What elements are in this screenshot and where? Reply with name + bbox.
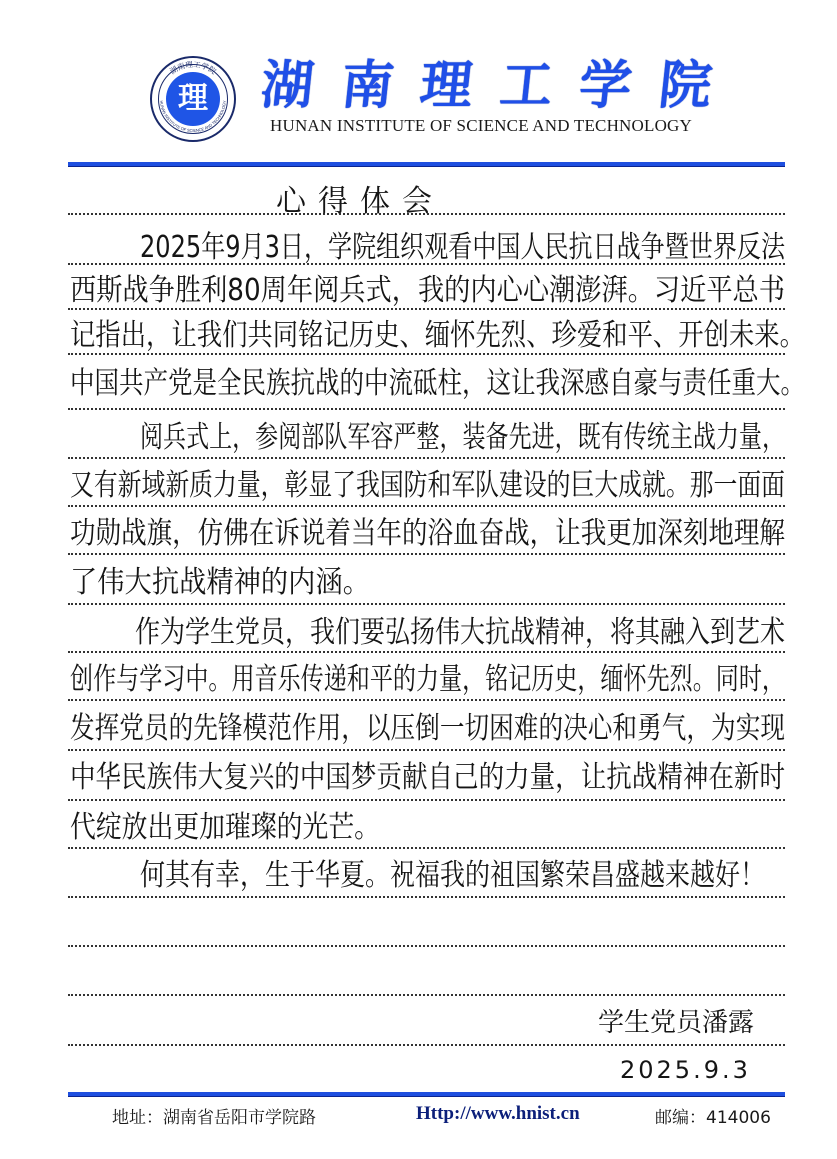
body-line: 记指出，让我们共同铭记历史、缅怀先烈、珍爱和平、开创未来。 xyxy=(70,316,785,356)
body-line-text: 记指出，让我们共同铭记历史、缅怀先烈、珍爱和平、开创未来。 xyxy=(70,316,805,356)
body-line: 代绽放出更加璀璨的光芒。 xyxy=(70,808,785,848)
body-line: 西斯战争胜利80周年阅兵式，我的内心心潮澎湃。习近平总书 xyxy=(70,271,785,311)
header-divider xyxy=(68,162,785,166)
footer-postcode: 邮编：414006 xyxy=(655,1103,771,1128)
body-line-text: 了伟大抗战精神的内涵。 xyxy=(70,563,370,603)
body-line: 2025年9月3日，学院组织观看中国人民抗日战争暨世界反法 xyxy=(140,228,785,268)
signature: 学生党员潘露 xyxy=(598,1002,754,1039)
ruled-line xyxy=(68,896,785,898)
body-line: 何其有幸，生于华夏。祝福我的祖国繁荣昌盛越来越好！ xyxy=(140,856,770,896)
footer-divider xyxy=(68,1092,785,1096)
body-line-text: 阅兵式上，参阅部队军容严整，装备先进，既有传统主战力量， xyxy=(140,418,785,458)
body-line: 作为学生党员，我们要弘扬伟大抗战精神，将其融入到艺术 xyxy=(135,613,785,653)
school-logo-icon: 湖南理工学院 HUNAN INSTITUTE OF SCIENCE AND TE… xyxy=(150,56,236,142)
logo-emblem: 理 xyxy=(166,72,220,126)
body-line: 功勋战旗，仿佛在诉说着当年的浴血奋战，让我更加深刻地理解 xyxy=(70,514,785,554)
body-line: 创作与学习中。用音乐传递和平的力量，铭记历史，缅怀先烈。同时， xyxy=(70,660,785,700)
school-name-char: 学 xyxy=(576,43,636,118)
school-name-char: 湖 xyxy=(258,43,318,118)
body-line-text: 中华民族伟大复兴的中国梦贡献自己的力量，让抗战精神在新时 xyxy=(70,758,785,798)
body-line-text: 代绽放出更加璀璨的光芒。 xyxy=(70,808,380,848)
body-line: 又有新域新质力量，彰显了我国防和军队建设的巨大成就。那一面面 xyxy=(70,466,785,506)
body-line-text: 又有新域新质力量，彰显了我国防和军队建设的巨大成就。那一面面 xyxy=(70,466,785,506)
ruled-line xyxy=(68,408,785,410)
footer-address: 地址：湖南省岳阳市学院路 xyxy=(112,1103,316,1128)
letterhead: 湖南理工学院 HUNAN INSTITUTE OF SCIENCE AND TE… xyxy=(0,0,837,160)
ruled-line xyxy=(68,994,785,996)
body-line-text: 发挥党员的先锋模范作用，以压倒一切困难的决心和勇气，为实现 xyxy=(70,709,785,749)
body-line-text: 何其有幸，生于华夏。祝福我的祖国繁荣昌盛越来越好！ xyxy=(140,856,765,896)
body-line: 中国共产党是全民族抗战的中流砥柱，这让我深感自豪与责任重大。 xyxy=(70,364,785,404)
body-line: 了伟大抗战精神的内涵。 xyxy=(70,563,785,603)
ruled-line xyxy=(68,1044,785,1046)
body-line: 中华民族伟大复兴的中国梦贡献自己的力量，让抗战精神在新时 xyxy=(70,758,785,798)
footer: 地址：湖南省岳阳市学院路 Http://www.hnist.cn 邮编：4140… xyxy=(0,1101,837,1131)
logo-glyph: 理 xyxy=(166,72,220,126)
body-line: 阅兵式上，参阅部队军容严整，装备先进，既有传统主战力量， xyxy=(140,418,785,458)
ruled-line xyxy=(68,799,785,801)
body-line-text: 西斯战争胜利80周年阅兵式，我的内心心潮澎湃。习近平总书 xyxy=(70,271,785,311)
school-name-english: HUNAN INSTITUTE OF SCIENCE AND TECHNOLOG… xyxy=(270,116,710,136)
body-line-text: 2025年9月3日，学院组织观看中国人民抗日战争暨世界反法 xyxy=(140,228,785,268)
school-name-char: 工 xyxy=(497,43,557,118)
school-name-char: 南 xyxy=(338,43,398,118)
body-line: 发挥党员的先锋模范作用，以压倒一切困难的决心和勇气，为实现 xyxy=(70,709,785,749)
school-name-char: 理 xyxy=(417,43,477,118)
signature-date: 2025.9.3 xyxy=(620,1056,751,1084)
school-name-char: 院 xyxy=(656,43,716,118)
body-line-text: 中国共产党是全民族抗战的中流砥柱，这让我深感自豪与责任重大。 xyxy=(70,364,805,404)
school-name-chinese: 湖 南 理 工 学 院 xyxy=(262,48,712,112)
body-line-text: 功勋战旗，仿佛在诉说着当年的浴血奋战，让我更加深刻地理解 xyxy=(70,514,785,554)
footer-website-link[interactable]: Http://www.hnist.cn xyxy=(416,1103,580,1125)
body-line-text: 创作与学习中。用音乐传递和平的力量，铭记历史，缅怀先烈。同时， xyxy=(70,660,785,700)
ruled-line xyxy=(68,749,785,751)
document-title: 心得体会 xyxy=(276,176,444,220)
ruled-line xyxy=(68,603,785,605)
ruled-line xyxy=(68,945,785,947)
body-line-text: 作为学生党员，我们要弘扬伟大抗战精神，将其融入到艺术 xyxy=(135,613,785,653)
